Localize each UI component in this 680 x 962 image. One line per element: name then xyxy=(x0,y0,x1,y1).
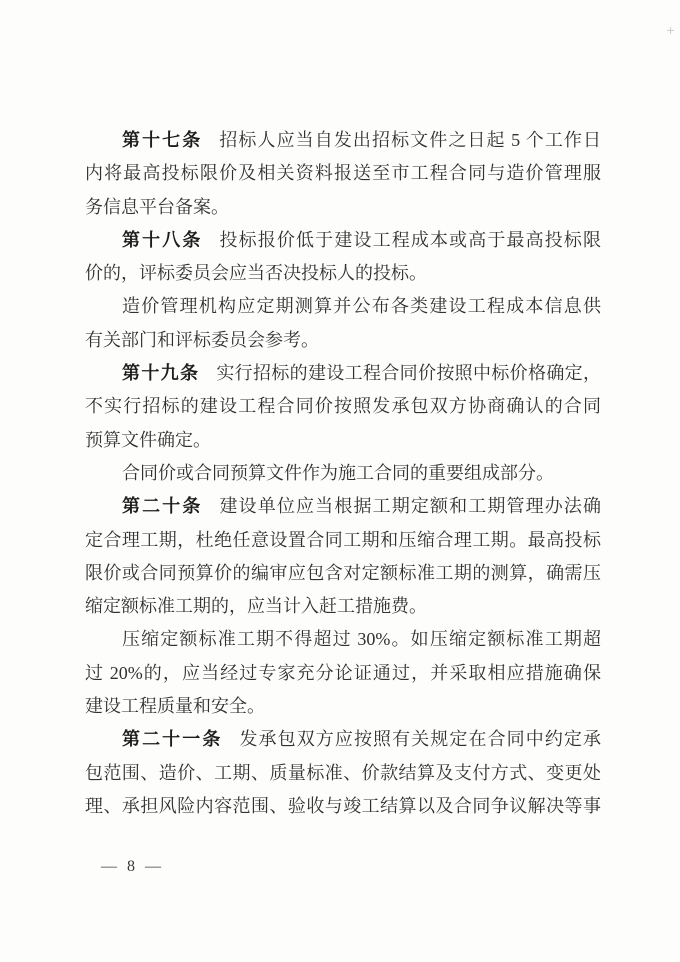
text-line: 过 20%的，应当经过专家充分论证通过，并采取相应措施确保 xyxy=(85,657,601,690)
text-line: 预算文件确定。 xyxy=(85,424,601,457)
article-paragraph: 第二十一条发承包双方应按照有关规定在合同中约定承包范围、造价、工期、质量标准、价… xyxy=(85,723,601,823)
text-line: 造价管理机构应定期测算并公布各类建设工程成本信息供 xyxy=(85,290,601,323)
scan-speck-mark: + xyxy=(666,24,675,37)
text-line: 缩定额标准工期的，应当计入赶工措施费。 xyxy=(85,590,601,623)
text-line: 第二十一条发承包双方应按照有关规定在合同中约定承 xyxy=(85,723,601,756)
text-line: 第十七条招标人应当自发出招标文件之日起 5 个工作日 xyxy=(85,124,601,157)
document-page: + 第十七条招标人应当自发出招标文件之日起 5 个工作日内将最高投标限价及相关资… xyxy=(0,0,680,962)
article-paragraph: 第十八条投标报价低于建设工程成本或高于最高投标限价的，评标委员会应当否决投标人的… xyxy=(85,224,601,291)
text-line: 定合理工期，杜绝任意设置合同工期和压缩合理工期。最高投标 xyxy=(85,524,601,557)
article-number: 第十七条 xyxy=(122,130,202,150)
page-footer: — 8 — xyxy=(101,858,164,876)
text-line: 压缩定额标准工期不得超过 30%。如压缩定额标准工期超 xyxy=(85,623,601,656)
text-line: 有关部门和评标委员会参考。 xyxy=(85,324,601,357)
article-number: 第二十一条 xyxy=(122,729,222,749)
text-line: 内将最高投标限价及相关资料报送至市工程合同与造价管理服 xyxy=(85,157,601,190)
article-paragraph: 第二十条建设单位应当根据工期定额和工期管理办法确定合理工期，杜绝任意设置合同工期… xyxy=(85,490,601,623)
article-paragraph: 压缩定额标准工期不得超过 30%。如压缩定额标准工期超过 20%的，应当经过专家… xyxy=(85,623,601,723)
text-line: 合同价或合同预算文件作为施工合同的重要组成部分。 xyxy=(85,457,601,490)
text-line: 建设工程质量和安全。 xyxy=(85,690,601,723)
text-line: 价的，评标委员会应当否决投标人的投标。 xyxy=(85,257,601,290)
text-line: 不实行招标的建设工程合同价按照发承包双方协商确认的合同 xyxy=(85,390,601,423)
text-line: 第十九条实行招标的建设工程合同价按照中标价格确定， xyxy=(85,357,601,390)
text-line: 第二十条建设单位应当根据工期定额和工期管理办法确 xyxy=(85,490,601,523)
article-paragraph: 第十七条招标人应当自发出招标文件之日起 5 个工作日内将最高投标限价及相关资料报… xyxy=(85,124,601,224)
text-line: 务信息平台备案。 xyxy=(85,191,601,224)
text-line: 限价或合同预算价的编审应包含对定额标准工期的测算，确需压 xyxy=(85,557,601,590)
document-body: 第十七条招标人应当自发出招标文件之日起 5 个工作日内将最高投标限价及相关资料报… xyxy=(85,124,601,823)
text-line: 理、承担风险内容范围、验收与竣工结算以及合同争议解决等事 xyxy=(85,790,601,823)
article-number: 第十八条 xyxy=(122,230,203,250)
text-line: 第十八条投标报价低于建设工程成本或高于最高投标限 xyxy=(85,224,601,257)
article-paragraph: 造价管理机构应定期测算并公布各类建设工程成本信息供有关部门和评标委员会参考。 xyxy=(85,290,601,357)
text-line: 包范围、造价、工期、质量标准、价款结算及支付方式、变更处 xyxy=(85,757,601,790)
article-paragraph: 合同价或合同预算文件作为施工合同的重要组成部分。 xyxy=(85,457,601,490)
page-number: — 8 — xyxy=(101,858,164,875)
article-number: 第十九条 xyxy=(122,363,199,383)
article-number: 第二十条 xyxy=(122,496,203,516)
article-paragraph: 第十九条实行招标的建设工程合同价按照中标价格确定，不实行招标的建设工程合同价按照… xyxy=(85,357,601,457)
